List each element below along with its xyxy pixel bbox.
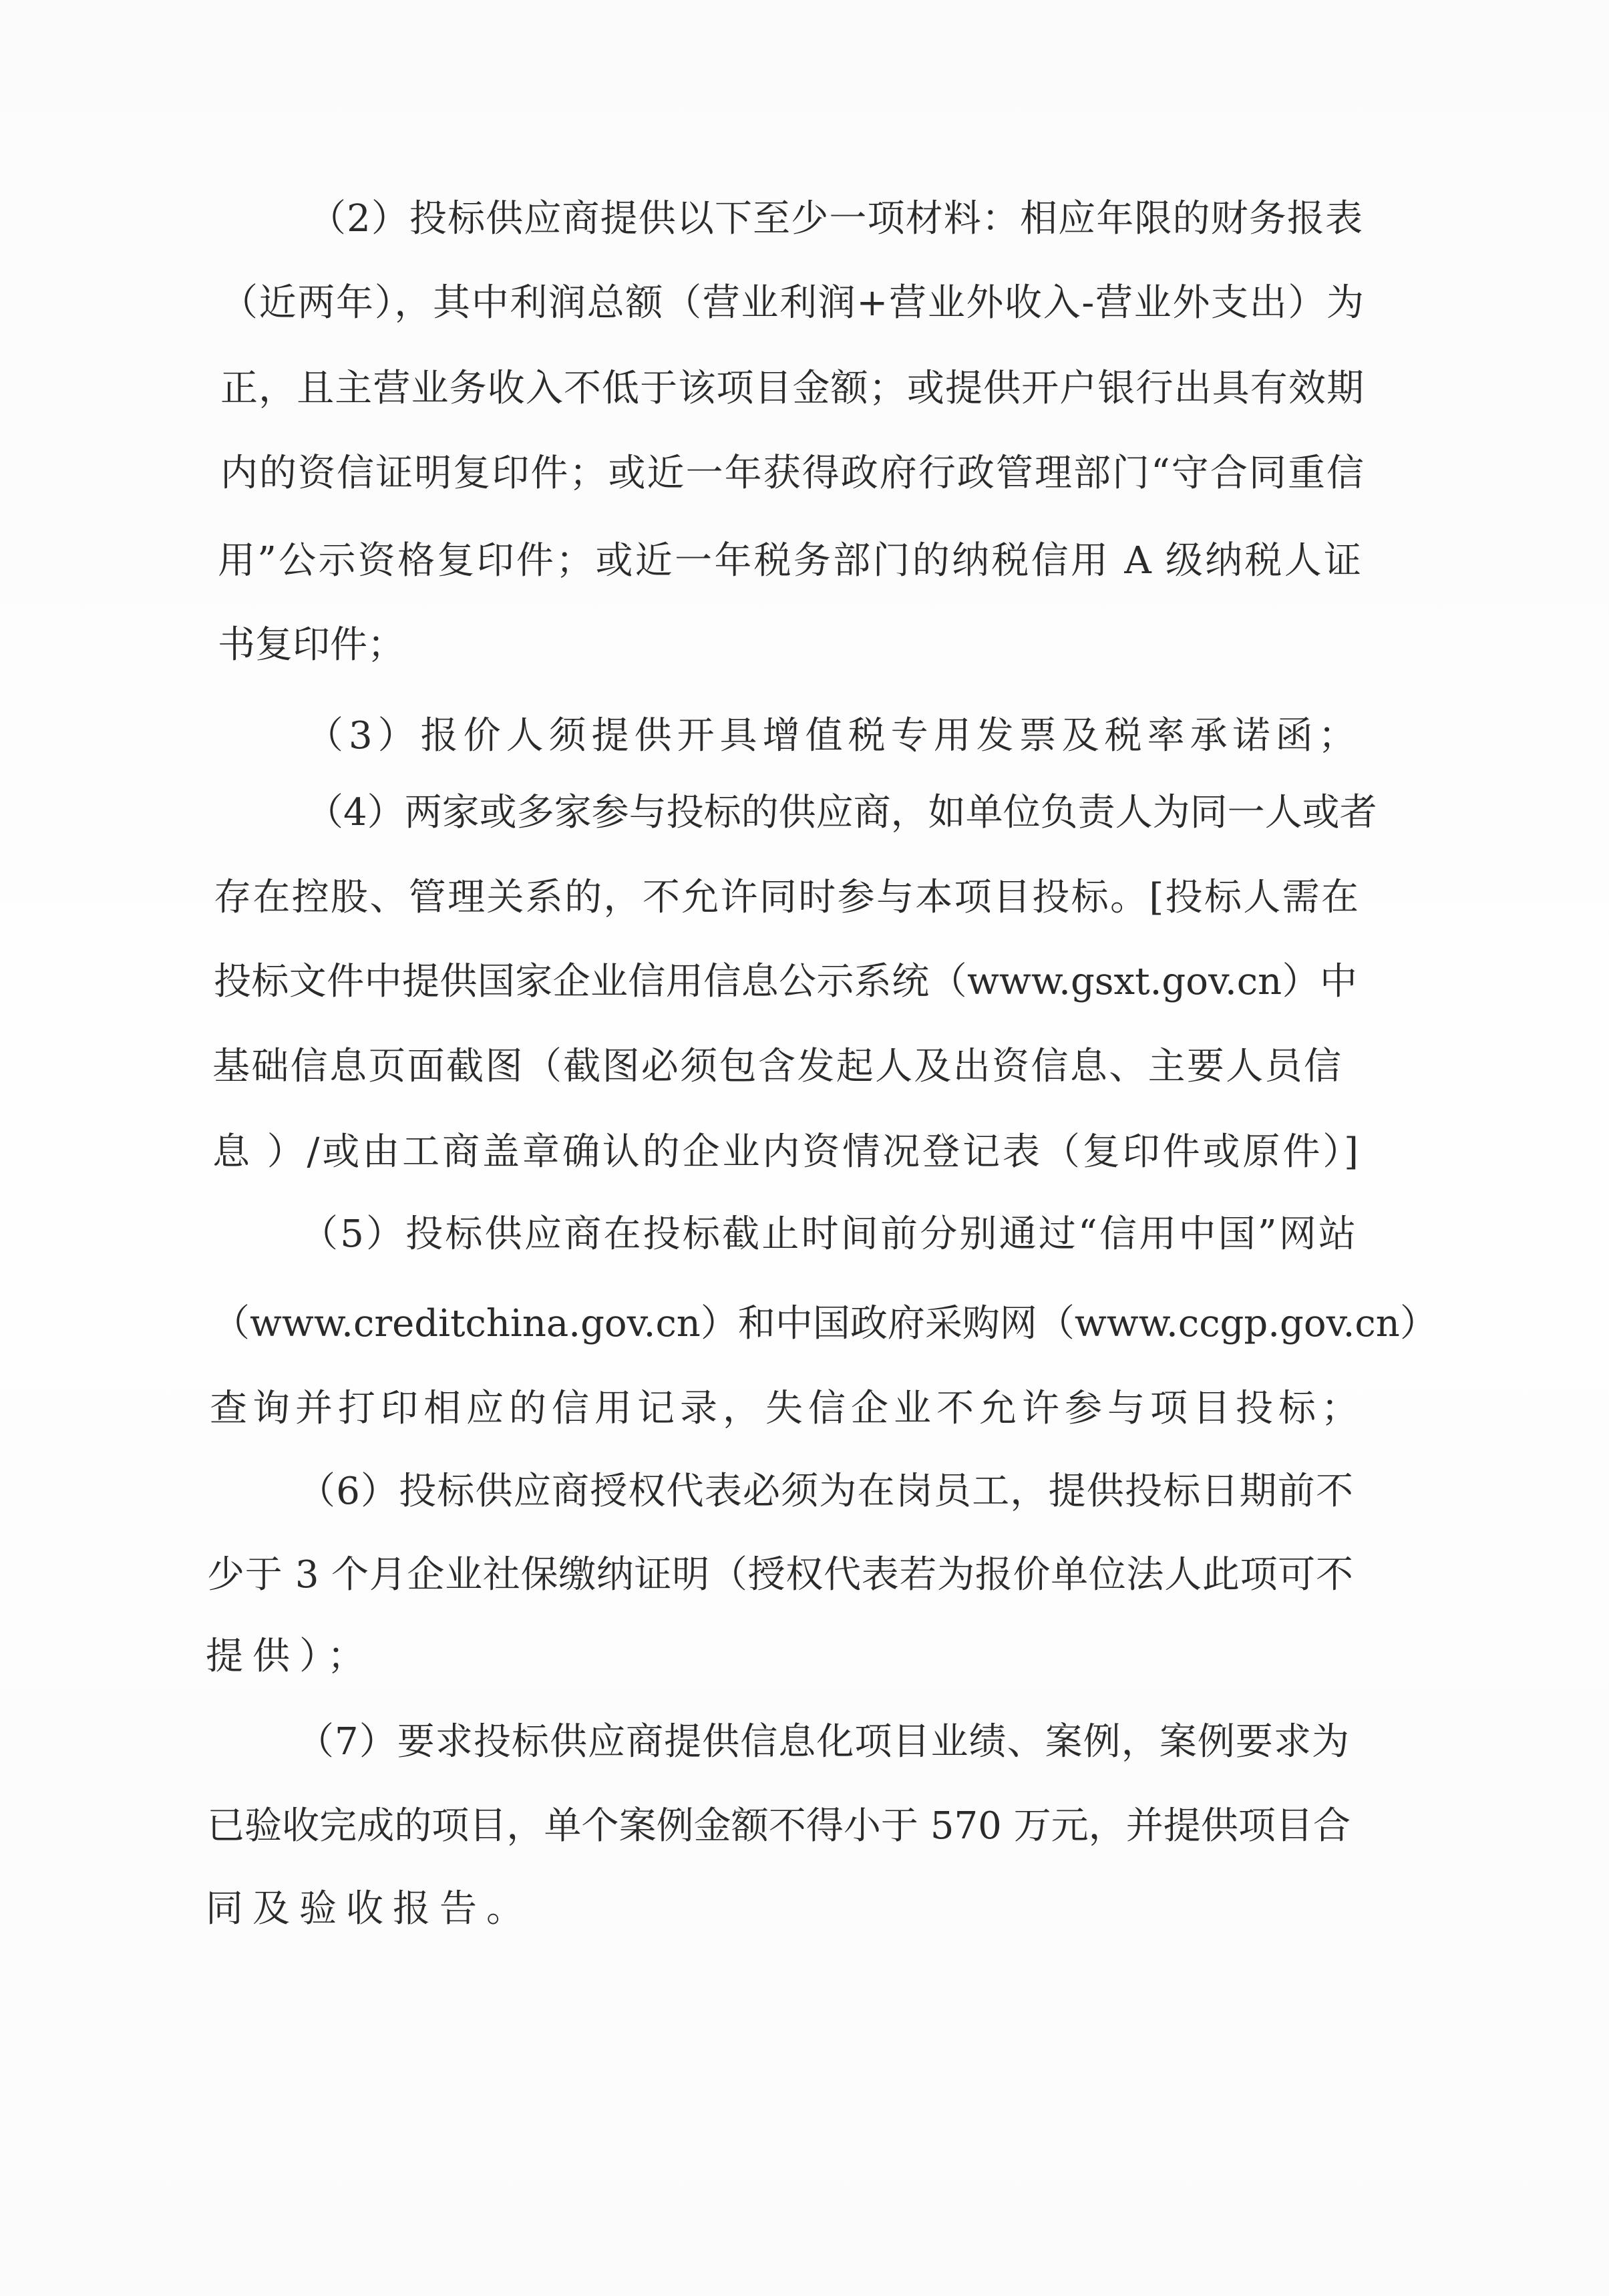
paragraph-6-line-3: 提供）； — [206, 1635, 374, 1678]
paragraph-4-line-3: 投标文件中提供国家企业信用信息公示系统（www.gsxt.gov.cn）中 — [214, 961, 1357, 1003]
paragraph-5-line-3: 查询并打印相应的信用记录，失信企业不允许参与项目投标； — [210, 1387, 1364, 1430]
paragraph-7-line-3: 同及验收报告。 — [206, 1888, 533, 1931]
paragraph-6-line-1: （6）投标供应商授权代表必须为在岗员工，提供投标日期前不 — [298, 1470, 1353, 1513]
document-page: （2）投标供应商提供以下至少一项材料：相应年限的财务报表 （近两年），其中利润总… — [0, 0, 1609, 2296]
paragraph-6-line-2: 少于 3 个月企业社保缴纳证明（授权代表若为报价单位法人此项可不 — [207, 1554, 1353, 1597]
paragraph-7-line-2: 已验收完成的项目，单个案例金额不得小于 570 万元，并提供项目合 — [207, 1805, 1351, 1848]
paragraph-4-line-4: 基础信息页面截图（截图必须包含发起人及出资信息、主要人员信 — [212, 1045, 1341, 1088]
paragraph-5-line-2: （www.creditchina.gov.cn）和中国政府采购网（www.ccg… — [212, 1303, 1361, 1345]
paragraph-2-line-6: 书复印件； — [218, 624, 405, 667]
paragraph-5-line-1: （5）投标供应商在投标截止时间前分别通过“信用中国”网站 — [301, 1213, 1356, 1256]
paragraph-2-line-5: 用”公示资格复印件；或近一年税务部门的纳税信用 A 级纳税人证 — [218, 540, 1361, 583]
paragraph-7-line-1: （7）要求投标供应商提供信息化项目业绩、案例，案例要求为 — [297, 1721, 1349, 1764]
paragraph-2-line-1: （2）投标供应商提供以下至少一项材料：相应年限的财务报表 — [309, 198, 1363, 240]
paragraph-4-line-1: （4）两家或多家参与投标的供应商，如单位负责人为同一人或者 — [306, 792, 1360, 834]
paragraph-2-line-2: （近两年），其中利润总额（营业利润+营业外收入-营业外支出）为 — [220, 282, 1364, 325]
paragraph-4-line-5: 息 ）/或由工商盖章确认的企业内资情况登记表（复印件或原件）] — [212, 1131, 1359, 1174]
paragraph-4-line-2: 存在控股、管理关系的，不允许同时参与本项目投标。[投标人需在 — [214, 876, 1359, 919]
paragraph-3-line-1: （3）报价人须提供开具增值税专用发票及税率承诺函； — [306, 715, 1361, 758]
paragraph-2-line-4: 内的资信证明复印件；或近一年获得政府行政管理部门“守合同重信 — [220, 452, 1364, 495]
paragraph-2-line-3: 正，且主营业务收入不低于该项目金额；或提供开户银行出具有效期 — [220, 367, 1364, 410]
